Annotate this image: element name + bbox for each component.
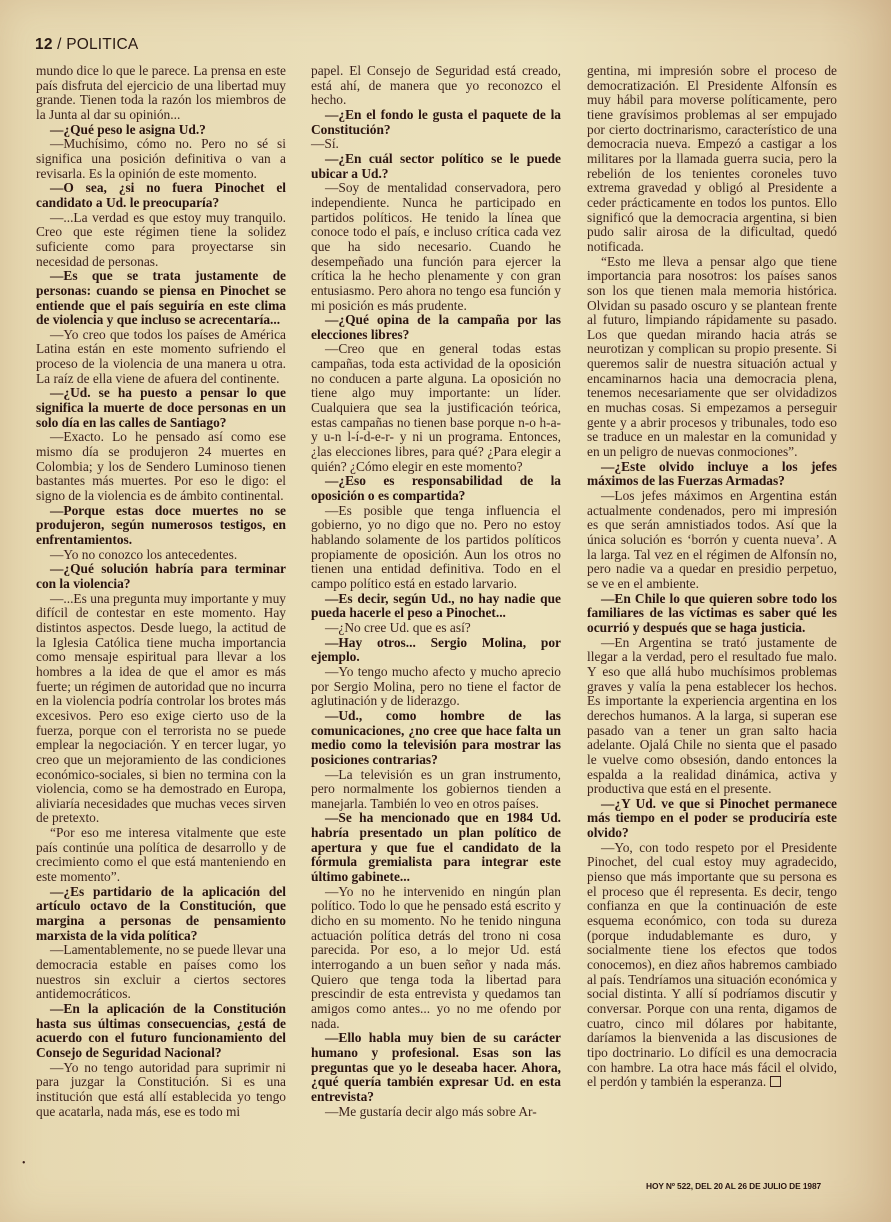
interview-question: —¿En el fondo le gusta el paquete de la … xyxy=(311,108,561,137)
interview-answer: gentina, mi impresión sobre el proceso d… xyxy=(587,64,837,255)
paragraph-text: —Los jefes máximos en Argentina están ac… xyxy=(587,488,837,591)
column-1: mundo dice lo que le parece. La prensa e… xyxy=(36,64,286,1119)
paragraph-text: —...Es una pregunta muy importante y muy… xyxy=(36,591,286,826)
paragraph-text: —Se ha mencionado que en 1984 Ud. habría… xyxy=(311,810,561,884)
paragraph-text: —Yo no conozco los antecedentes. xyxy=(50,547,237,562)
paragraph-text: papel. El Consejo de Seguridad está crea… xyxy=(311,63,561,107)
paragraph-text: gentina, mi impresión sobre el proceso d… xyxy=(587,63,837,254)
paragraph-text: —Sí. xyxy=(311,136,339,151)
paragraph-text: —Creo que en general todas estas campaña… xyxy=(311,341,561,473)
paragraph-text: —Muchísimo, cómo no. Pero no sé si signi… xyxy=(36,136,286,180)
paragraph-text: —Me gustaría decir algo más sobre Ar- xyxy=(325,1104,537,1119)
paragraph-text: —¿Ud. se ha puesto a pensar lo que signi… xyxy=(36,385,286,429)
paragraph-text: —Es que se trata justamente de personas:… xyxy=(36,268,286,327)
interview-question: —¿Qué peso le asigna Ud.? xyxy=(36,123,286,138)
interview-answer: —...La verdad es que estoy muy tranquilo… xyxy=(36,211,286,270)
interview-question: —Se ha mencionado que en 1984 Ud. habría… xyxy=(311,811,561,884)
paragraph-text: —O sea, ¿si no fuera Pinochet el candida… xyxy=(36,180,286,210)
interview-answer: —Yo no he intervenido en ningún plan pol… xyxy=(311,885,561,1032)
paragraph-text: mundo dice lo que le parece. La prensa e… xyxy=(36,63,286,122)
interview-answer: papel. El Consejo de Seguridad está crea… xyxy=(311,64,561,108)
margin-bullet: • xyxy=(22,1158,26,1169)
interview-answer: —Yo no tengo autoridad para suprimir ni … xyxy=(36,1061,286,1120)
interview-question: —¿Qué solución habría para terminar con … xyxy=(36,562,286,591)
interview-answer: —Yo tengo mucho afecto y mucho aprecio p… xyxy=(311,665,561,709)
paragraph-text: —¿No cree Ud. que es así? xyxy=(325,620,471,635)
paragraph-text: —Hay otros... Sergio Molina, por ejemplo… xyxy=(311,635,561,665)
paragraph-text: —En Argentina se trató justamente de lle… xyxy=(587,635,837,797)
paragraph-text: —Yo no tengo autoridad para suprimir ni … xyxy=(36,1060,286,1119)
paragraph-text: —Ello habla muy bien de su carácter huma… xyxy=(311,1030,561,1104)
interview-answer: —Es posible que tenga influencia el gobi… xyxy=(311,504,561,592)
paragraph-text: —Es decir, según Ud., no hay nadie que p… xyxy=(311,591,561,621)
issue-footer: HOY Nº 522, DEL 20 AL 26 DE JULIO DE 198… xyxy=(646,1181,821,1191)
paragraph-text: —¿Es partidario de la aplicación del art… xyxy=(36,884,286,943)
paragraph-text: —¿Este olvido incluye a los jefes máximo… xyxy=(587,459,837,489)
interview-question: —¿Ud. se ha puesto a pensar lo que signi… xyxy=(36,386,286,430)
interview-answer: —Sí. xyxy=(311,137,561,152)
paragraph-text: “Por eso me interesa vitalmente que este… xyxy=(36,825,286,884)
interview-question: —¿Este olvido incluye a los jefes máximo… xyxy=(587,460,837,489)
paragraph-text: —Porque estas doce muertes no se produje… xyxy=(36,503,286,547)
interview-answer: —Me gustaría decir algo más sobre Ar- xyxy=(311,1105,561,1120)
paragraph-text: —En la aplicación de la Constitución has… xyxy=(36,1001,286,1060)
page-number: 12 xyxy=(35,36,53,53)
paragraph-text: —Es posible que tenga influencia el gobi… xyxy=(311,503,561,591)
paragraph-text: —Ud., como hombre de las comunicaciones,… xyxy=(311,708,561,767)
interview-question: —¿Y Ud. ve que si Pinochet permanece más… xyxy=(587,797,837,841)
paragraph-text: —Yo creo que todos los países de América… xyxy=(36,327,286,386)
column-3: gentina, mi impresión sobre el proceso d… xyxy=(587,64,837,1090)
interview-answer: “Por eso me interesa vitalmente que este… xyxy=(36,826,286,885)
interview-question: —O sea, ¿si no fuera Pinochet el candida… xyxy=(36,181,286,210)
interview-question: —Ud., como hombre de las comunicaciones,… xyxy=(311,709,561,768)
paragraph-text: —Exacto. Lo he pensado así como ese mism… xyxy=(36,429,286,503)
interview-answer: —Yo no conozco los antecedentes. xyxy=(36,548,286,563)
paragraph-text: —Yo tengo mucho afecto y mucho aprecio p… xyxy=(311,664,561,708)
interview-answer: —En Argentina se trató justamente de lle… xyxy=(587,636,837,797)
interview-answer: —Yo, con todo respeto por el Presidente … xyxy=(587,841,837,1090)
paragraph-text: —¿En el fondo le gusta el paquete de la … xyxy=(311,107,561,137)
interview-answer: —Exacto. Lo he pensado así como ese mism… xyxy=(36,430,286,503)
interview-question: —Es que se trata justamente de personas:… xyxy=(36,269,286,328)
interview-answer: —Creo que en general todas estas campaña… xyxy=(311,342,561,474)
interview-answer: —Muchísimo, cómo no. Pero no sé si signi… xyxy=(36,137,286,181)
interview-answer: —La televisión es un gran instrumento, p… xyxy=(311,768,561,812)
interview-answer: —Los jefes máximos en Argentina están ac… xyxy=(587,489,837,592)
page-header: 12 / POLITICA xyxy=(35,36,138,54)
interview-question: —¿Es partidario de la aplicación del art… xyxy=(36,885,286,944)
interview-question: —¿Qué opina de la campaña por las elecci… xyxy=(311,313,561,342)
interview-question: —Porque estas doce muertes no se produje… xyxy=(36,504,286,548)
paragraph-text: —¿Eso es responsabilidad de la oposición… xyxy=(311,473,561,503)
interview-answer: “Esto me lleva a pensar algo que tiene i… xyxy=(587,255,837,460)
interview-question: —Ello habla muy bien de su carácter huma… xyxy=(311,1031,561,1104)
interview-question: —En la aplicación de la Constitución has… xyxy=(36,1002,286,1061)
interview-answer: —Soy de mentalidad conservadora, pero in… xyxy=(311,181,561,313)
column-2: papel. El Consejo de Seguridad está crea… xyxy=(311,64,561,1119)
paragraph-text: —Yo no he intervenido en ningún plan pol… xyxy=(311,884,561,1031)
interview-answer: —Yo creo que todos los países de América… xyxy=(36,328,286,387)
interview-question: —¿Eso es responsabilidad de la oposición… xyxy=(311,474,561,503)
paragraph-text: —Soy de mentalidad conservadora, pero in… xyxy=(311,180,561,312)
magazine-page: 12 / POLITICA mundo dice lo que le parec… xyxy=(0,0,891,1222)
interview-answer: —¿No cree Ud. que es así? xyxy=(311,621,561,636)
paragraph-text: —¿En cuál sector político se le puede ub… xyxy=(311,151,561,181)
interview-question: —En Chile lo que quieren sobre todo los … xyxy=(587,592,837,636)
interview-question: —¿En cuál sector político se le puede ub… xyxy=(311,152,561,181)
paragraph-text: —En Chile lo que quieren sobre todo los … xyxy=(587,591,837,635)
header-separator: / xyxy=(53,36,67,53)
paragraph-text: —¿Y Ud. ve que si Pinochet permanece más… xyxy=(587,796,837,840)
paragraph-text: —Yo, con todo respeto por el Presidente … xyxy=(587,840,837,1090)
interview-answer: —Lamentablemente, no se puede llevar una… xyxy=(36,943,286,1002)
paragraph-text: —La televisión es un gran instrumento, p… xyxy=(311,767,561,811)
paragraph-text: —¿Qué peso le asigna Ud.? xyxy=(50,122,206,137)
interview-question: —Hay otros... Sergio Molina, por ejemplo… xyxy=(311,636,561,665)
paragraph-text: —Lamentablemente, no se puede llevar una… xyxy=(36,942,286,1001)
paragraph-text: —¿Qué solución habría para terminar con … xyxy=(36,561,286,591)
interview-answer: —...Es una pregunta muy importante y muy… xyxy=(36,592,286,827)
interview-answer: mundo dice lo que le parece. La prensa e… xyxy=(36,64,286,123)
end-of-article-square-icon xyxy=(770,1076,781,1087)
section-name: POLITICA xyxy=(66,36,138,53)
interview-question: —Es decir, según Ud., no hay nadie que p… xyxy=(311,592,561,621)
paragraph-text: “Esto me lleva a pensar algo que tiene i… xyxy=(587,254,837,460)
paragraph-text: —...La verdad es que estoy muy tranquilo… xyxy=(36,210,286,269)
paragraph-text: —¿Qué opina de la campaña por las elecci… xyxy=(311,312,561,342)
